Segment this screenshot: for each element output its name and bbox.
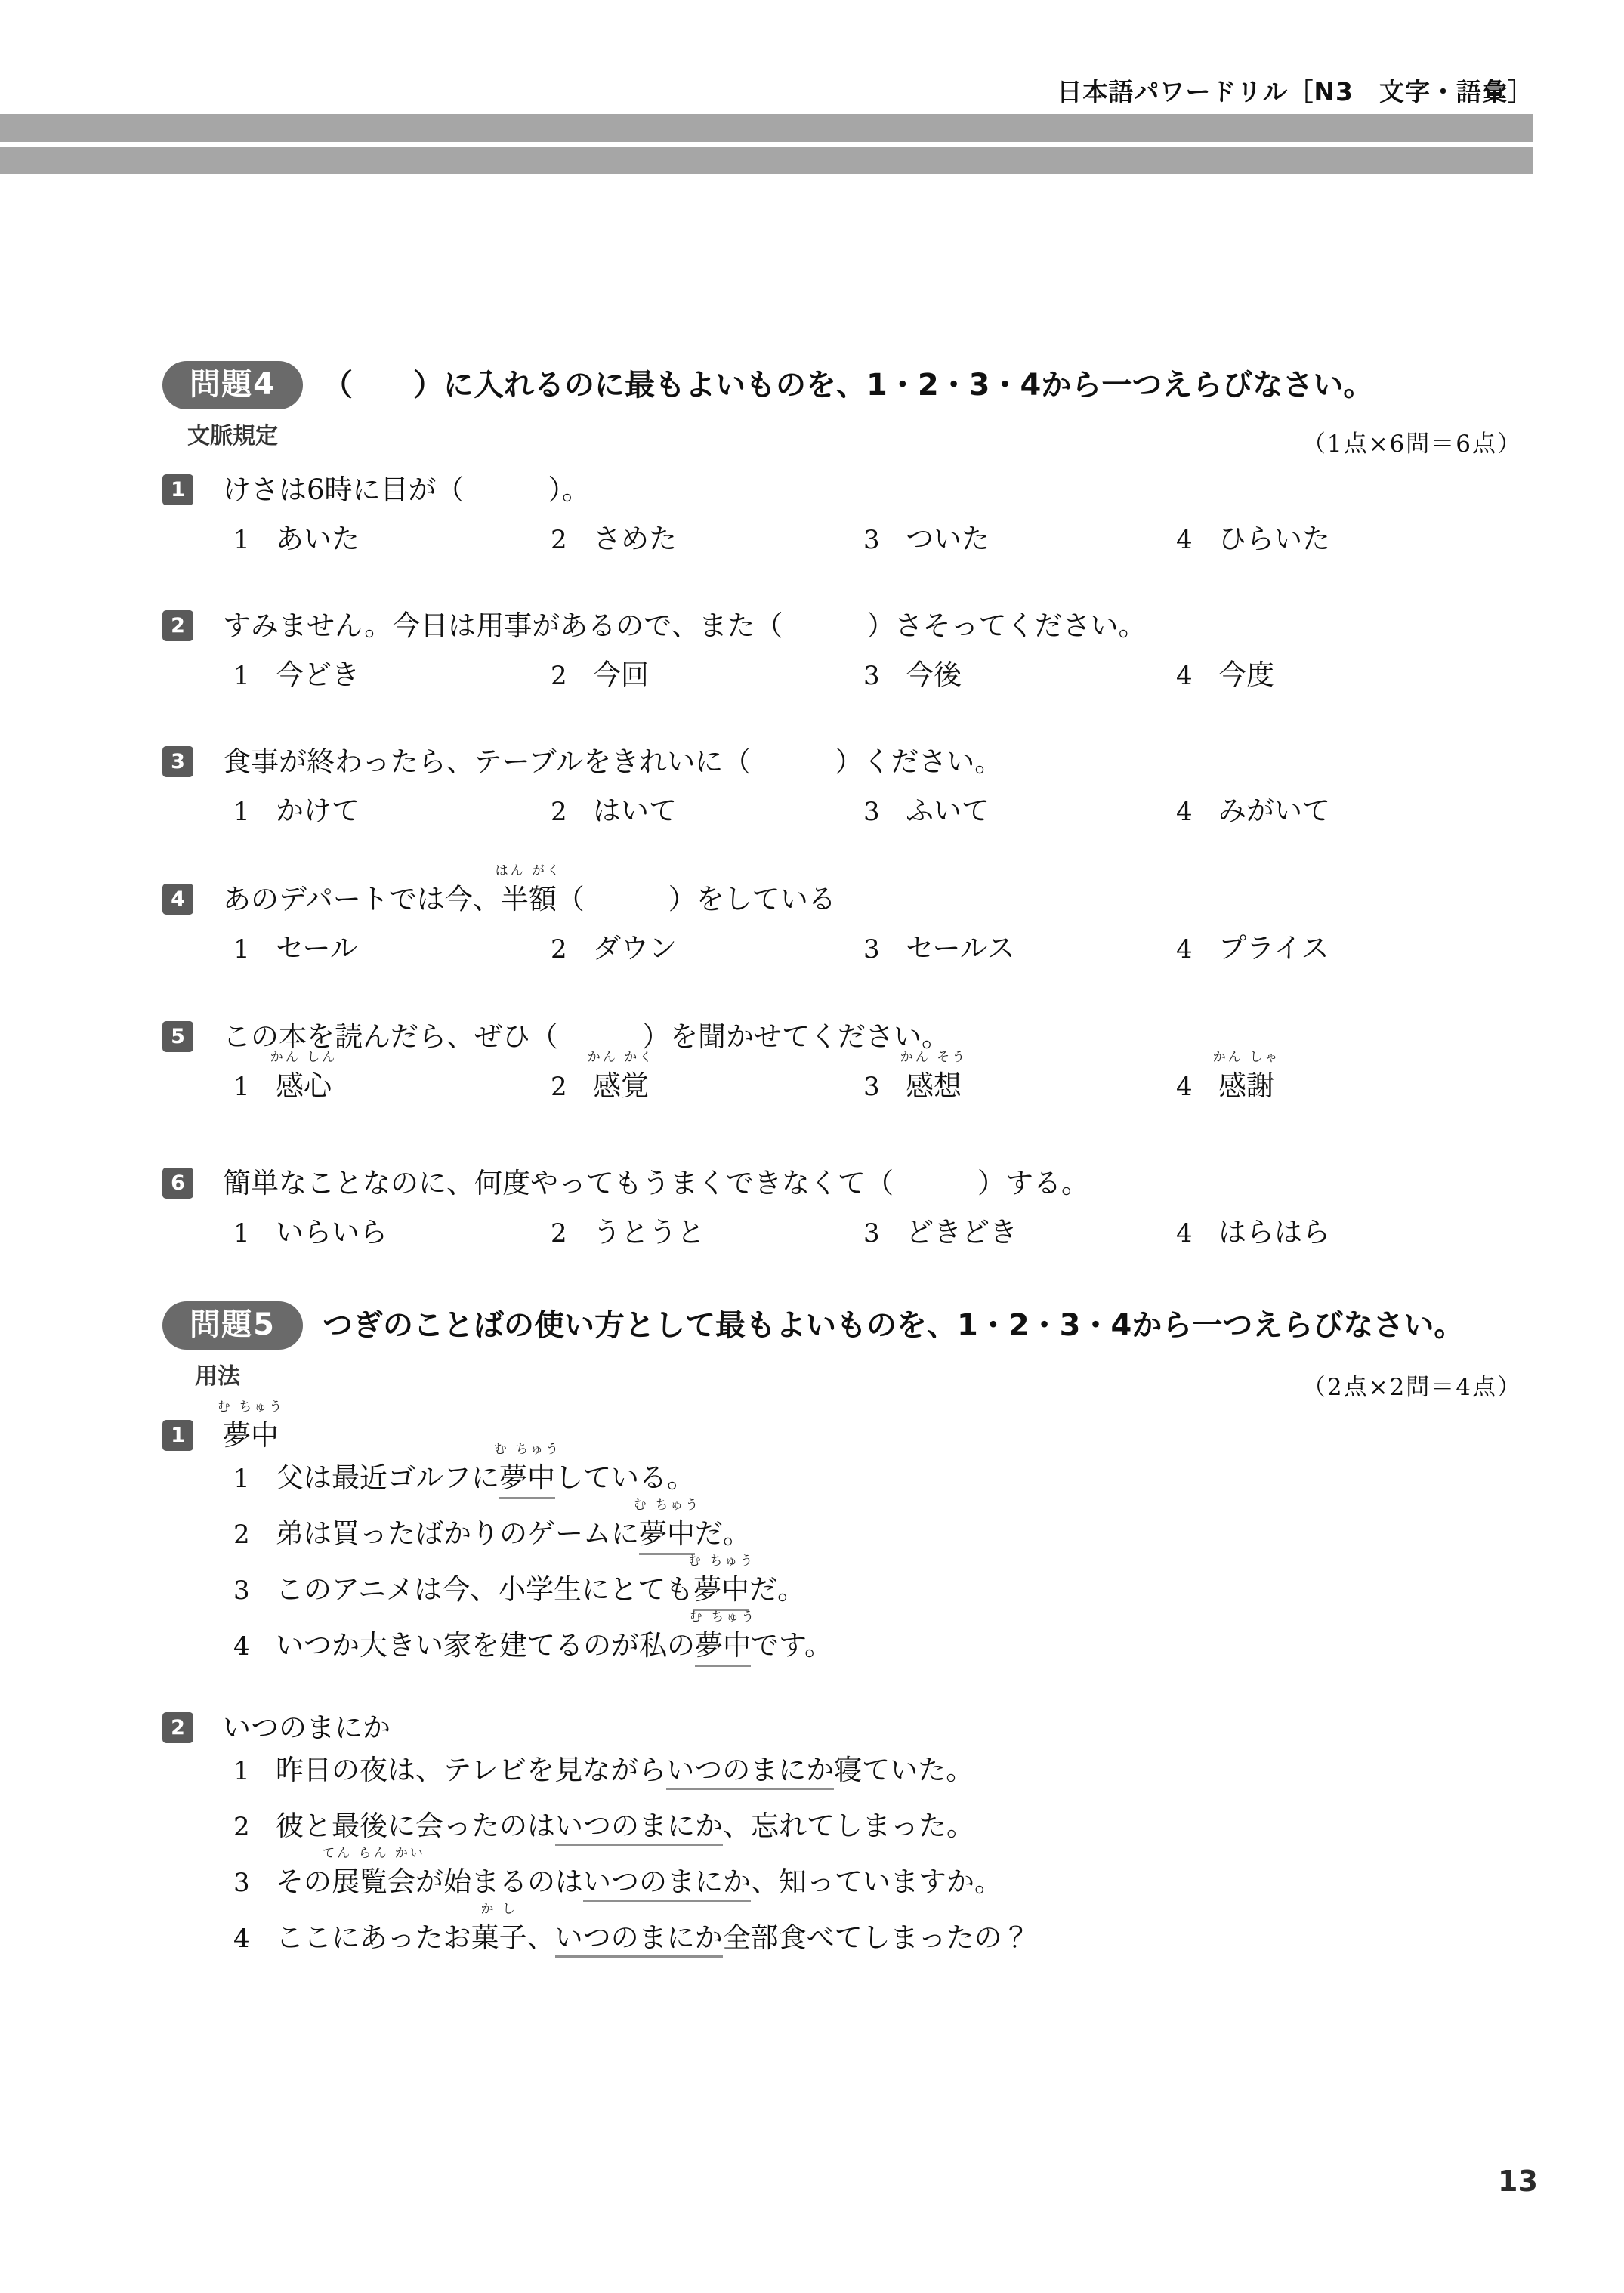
text-segment: 、忘れてしまった。 <box>723 1810 974 1842</box>
text-segment: いらいら <box>276 1216 387 1248</box>
option-label: さめた <box>593 523 677 555</box>
question-stem: あのデパートでは今、半額はん がく（ ）をしている <box>223 882 836 917</box>
furigana: かん かく <box>588 1040 654 1075</box>
underlined-word: いつのまにか <box>583 1866 751 1902</box>
text-segment: はいて <box>593 795 677 827</box>
option-4-4: 4プライス <box>1176 931 1329 967</box>
option-2-3: 3その展覧会てん らん かいが始まるのはいつのまにか、知っていますか。 <box>233 1865 1522 1900</box>
furigana: む ちゅう <box>634 1488 700 1523</box>
furigana: む ちゅう <box>494 1432 560 1467</box>
underlined-word: 夢中む ちゅう <box>695 1628 751 1667</box>
decorative-bar-top <box>0 114 1533 142</box>
text-segment: 今回 <box>593 659 649 691</box>
option-number: 1 <box>233 659 276 693</box>
option-3-4: 4みがいて <box>1176 794 1330 829</box>
option-number: 2 <box>551 523 593 557</box>
option-number: 4 <box>1176 795 1218 829</box>
text-segment: 食事が終わったら、テーブルをきれいに（ ）ください。 <box>223 745 1002 778</box>
option-number: 3 <box>863 523 906 557</box>
option-label: かけて <box>276 795 360 827</box>
text-segment: ついた <box>906 523 990 555</box>
option-3-2: 2はいて <box>551 794 677 829</box>
mondai4-category-label: 文脈規定 <box>187 417 278 450</box>
option-number: 3 <box>863 659 906 693</box>
ruby-word: 菓子か し <box>471 1921 527 1955</box>
text-segment: ひらいた <box>1218 523 1330 555</box>
question-number-box: 1 <box>162 1420 193 1451</box>
option-label: うとうと <box>593 1216 705 1248</box>
option-6-3: 3どきどき <box>863 1215 1017 1251</box>
text-segment: さめた <box>593 523 677 555</box>
option-number: 2 <box>551 795 593 829</box>
option-1-2: 2弟は買ったばかりのゲームに夢中む ちゅうだ。 <box>233 1517 1522 1555</box>
option-number: 3 <box>233 1866 276 1900</box>
furigana: かん しん <box>270 1040 337 1075</box>
option-label: はらはら <box>1218 1216 1330 1248</box>
page-number: 13 <box>1498 2165 1538 2198</box>
mondai5-badge: 問題5 <box>162 1301 303 1350</box>
text-segment: 弟は買ったばかりのゲームに <box>276 1517 639 1550</box>
option-number: 2 <box>551 1069 593 1104</box>
option-label: 今どき <box>276 659 360 691</box>
furigana: か し <box>480 1892 517 1927</box>
option-label: 今度 <box>1218 659 1274 691</box>
mondai5-header: 問題5 つぎのことばの使い方として最もよいものを、1・2・3・4から一つえらびな… <box>162 1301 1522 1350</box>
text-segment: セール <box>276 932 358 964</box>
option-number: 3 <box>233 1573 276 1608</box>
question-stem: 食事が終わったら、テーブルをきれいに（ ）ください。 <box>223 745 1002 779</box>
text-segment: すみません。今日は用事があるので、また（ ）さそってください。 <box>223 610 1146 642</box>
ruby-word: 感心かん しん <box>276 1069 332 1103</box>
option-3-1: 1かけて <box>233 794 360 829</box>
underlined-word: いつのまにか <box>666 1754 834 1790</box>
text-segment: 、 <box>527 1921 555 1954</box>
text-segment: 父は最近ゴルフに <box>276 1461 499 1494</box>
option-3-3: 3ふいて <box>863 794 990 829</box>
option-5-2: 2感覚かん かく <box>551 1069 649 1104</box>
option-label: ふいて <box>906 795 990 827</box>
furigana: かん しゃ <box>1213 1040 1280 1075</box>
option-label: はいて <box>593 795 677 827</box>
option-label: 今回 <box>593 659 649 691</box>
question-number-box: 6 <box>162 1168 193 1199</box>
underlined-word: 夢中む ちゅう <box>639 1517 695 1555</box>
headword: いつのまにか <box>223 1711 391 1745</box>
text-segment: だ。 <box>749 1573 805 1606</box>
option-4-3: 3セールス <box>863 931 1015 967</box>
option-number: 2 <box>233 1517 276 1552</box>
ruby-word: 感覚かん かく <box>593 1069 649 1103</box>
mondai5-points: （2点×2問＝4点） <box>1302 1368 1522 1402</box>
option-number: 3 <box>863 932 906 967</box>
mondai4-badge: 問題4 <box>162 361 303 409</box>
option-number: 4 <box>1176 523 1218 557</box>
option-number: 4 <box>1176 1216 1218 1251</box>
text-segment: このアニメは今、小学生にとても <box>276 1573 693 1606</box>
option-number: 2 <box>551 1216 593 1251</box>
question-number-box: 2 <box>162 610 193 641</box>
workbook-page: 日本語パワードリル［N3 文字・語彙］ 問題4 （ ）に入れるのに最もよいものを… <box>0 0 1624 2293</box>
option-label: プライス <box>1218 932 1329 964</box>
option-number: 4 <box>233 1629 276 1664</box>
option-5-3: 3感想かん そう <box>863 1069 962 1104</box>
text-segment: 今どき <box>276 659 360 691</box>
text-segment: 全部食べてしまったの？ <box>723 1921 1030 1954</box>
text-segment: 寝ていた。 <box>834 1754 974 1786</box>
option-number: 3 <box>863 1216 906 1251</box>
text-segment: みがいて <box>1218 795 1330 827</box>
mondai4-points: （1点×6問＝6点） <box>1302 424 1522 458</box>
underlined-word: 夢中む ちゅう <box>499 1461 555 1499</box>
option-label: 感覚かん かく <box>593 1069 649 1102</box>
option-sentence: 父は最近ゴルフに夢中む ちゅうしている。 <box>276 1461 695 1494</box>
text-segment: です。 <box>751 1629 832 1662</box>
ruby-word: 夢中む ちゅう <box>223 1418 279 1453</box>
option-4-2: 2ダウン <box>551 931 677 967</box>
option-5-4: 4感謝かん しゃ <box>1176 1069 1274 1104</box>
text-segment: 、知っていますか。 <box>751 1866 1002 1898</box>
question-number-box: 5 <box>162 1021 193 1052</box>
option-number: 4 <box>233 1921 276 1956</box>
question-stem: けさは6時に目が（ ）。 <box>223 473 590 508</box>
furigana: む ちゅう <box>690 1600 756 1634</box>
section-mondai5: 問題5 つぎのことばの使い方として最もよいものを、1・2・3・4から一つえらびな… <box>162 1301 1522 1996</box>
text-segment: あのデパートでは今、 <box>223 883 501 915</box>
mondai5-instruction: つぎのことばの使い方として最もよいものを、1・2・3・4から一つえらびなさい。 <box>323 1301 1464 1350</box>
text-segment: けさは6時に目が（ ）。 <box>223 474 590 506</box>
option-label: 今後 <box>906 659 962 691</box>
option-label: あいた <box>276 523 360 555</box>
furigana: てん らん かい <box>322 1836 425 1871</box>
mondai5-category-label: 用法 <box>195 1357 240 1390</box>
text-segment: はらはら <box>1218 1216 1330 1248</box>
ruby-word: 感想かん そう <box>906 1069 962 1103</box>
option-number: 1 <box>233 1461 276 1496</box>
text-segment: かけて <box>276 795 360 827</box>
option-6-4: 4はらはら <box>1176 1215 1330 1251</box>
option-label: セールス <box>906 932 1015 964</box>
option-number: 2 <box>551 659 593 693</box>
question-stem: 簡単なことなのに、何度やってもうまくできなくて（ ）する。 <box>223 1166 1089 1201</box>
question-number-box: 4 <box>162 884 193 915</box>
option-5-1: 1感心かん しん <box>233 1069 332 1104</box>
option-label: 感謝かん しゃ <box>1218 1069 1274 1102</box>
ruby-word: 展覧会てん らん かい <box>332 1865 415 1900</box>
option-1-3: 3ついた <box>863 522 990 557</box>
option-sentence: 昨日の夜は、テレビを見ながらいつのまにか寝ていた。 <box>276 1754 974 1790</box>
headword: 夢中む ちゅう <box>223 1418 279 1453</box>
option-number: 1 <box>233 932 276 967</box>
text-segment: 昨日の夜は、テレビを見ながら <box>276 1754 666 1786</box>
option-label: ついた <box>906 523 990 555</box>
option-label: 感想かん そう <box>906 1069 962 1102</box>
option-2-2: 2彼と最後に会ったのはいつのまにか、忘れてしまった。 <box>233 1809 1522 1844</box>
option-4-1: 1セール <box>233 931 358 967</box>
decorative-bar-bottom <box>0 147 1533 174</box>
section-mondai4: 問題4 （ ）に入れるのに最もよいものを、1・2・3・4から一つえらびなさい。 … <box>162 361 1522 1301</box>
option-6-2: 2うとうと <box>551 1215 705 1251</box>
text-segment: プライス <box>1218 932 1329 964</box>
text-segment: ダウン <box>593 932 677 964</box>
furigana: かん そう <box>900 1040 967 1075</box>
text-segment: ふいて <box>906 795 990 827</box>
option-number: 1 <box>233 1216 276 1251</box>
text-segment: 今度 <box>1218 659 1274 691</box>
option-2-3: 3今後 <box>863 658 962 693</box>
text-segment: （ ）をしている <box>557 883 836 915</box>
option-1-2: 2さめた <box>551 522 677 557</box>
option-number: 4 <box>1176 932 1218 967</box>
option-1-4: 4ひらいた <box>1176 522 1330 557</box>
option-sentence: その展覧会てん らん かいが始まるのはいつのまにか、知っていますか。 <box>276 1866 1002 1898</box>
option-number: 1 <box>233 795 276 829</box>
text-segment: ここにあったお <box>276 1921 471 1954</box>
option-number: 2 <box>233 1810 276 1844</box>
option-sentence: 弟は買ったばかりのゲームに夢中む ちゅうだ。 <box>276 1517 751 1550</box>
mondai4-instruction: （ ）に入れるのに最もよいものを、1・2・3・4から一つえらびなさい。 <box>323 361 1373 409</box>
option-number: 1 <box>233 1754 276 1788</box>
option-2-1: 1今どき <box>233 658 360 693</box>
option-number: 1 <box>233 523 276 557</box>
option-sentence: いつか大きい家を建てるのが私の夢中む ちゅうです。 <box>276 1629 832 1662</box>
mondai4-header: 問題4 （ ）に入れるのに最もよいものを、1・2・3・4から一つえらびなさい。 <box>162 361 1522 409</box>
option-2-4: 4ここにあったお菓子か し、いつのまにか全部食べてしまったの？ <box>233 1921 1522 1956</box>
text-segment: うとうと <box>593 1216 705 1248</box>
text-segment: セールス <box>906 932 1015 964</box>
question-number-box: 1 <box>162 474 193 505</box>
option-1-4: 4いつか大きい家を建てるのが私の夢中む ちゅうです。 <box>233 1628 1522 1667</box>
option-number: 2 <box>551 932 593 967</box>
book-title: 日本語パワードリル［N3 文字・語彙］ <box>1057 73 1533 108</box>
text-segment: いつか大きい家を建てるのが私の <box>276 1629 695 1662</box>
option-2-1: 1昨日の夜は、テレビを見ながらいつのまにか寝ていた。 <box>233 1753 1522 1788</box>
ruby-word: 半額はん がく <box>501 882 557 917</box>
option-number: 4 <box>1176 659 1218 693</box>
option-label: ダウン <box>593 932 677 964</box>
option-sentence: ここにあったお菓子か し、いつのまにか全部食べてしまったの？ <box>276 1921 1030 1954</box>
option-2-4: 4今度 <box>1176 658 1274 693</box>
furigana: む ちゅう <box>688 1544 755 1579</box>
text-segment: 今後 <box>906 659 962 691</box>
option-label: みがいて <box>1218 795 1330 827</box>
text-segment: いつのまにか <box>223 1711 391 1744</box>
option-1-1: 1あいた <box>233 522 360 557</box>
question-number-box: 2 <box>162 1712 193 1743</box>
option-2-2: 2今回 <box>551 658 649 693</box>
ruby-word: 感謝かん しゃ <box>1218 1069 1274 1103</box>
option-label: どきどき <box>906 1216 1017 1248</box>
question-stem: すみません。今日は用事があるので、また（ ）さそってください。 <box>223 609 1146 643</box>
option-number: 4 <box>1176 1069 1218 1104</box>
text-segment: どきどき <box>906 1216 1017 1248</box>
option-1-3: 3このアニメは今、小学生にとても夢中む ちゅうだ。 <box>233 1572 1522 1611</box>
furigana: はん がく <box>496 853 562 888</box>
underlined-word: いつのまにか <box>555 1921 723 1958</box>
question-number-box: 3 <box>162 746 193 777</box>
text-segment: 簡単なことなのに、何度やってもうまくできなくて（ ）する。 <box>223 1167 1089 1199</box>
underlined-word: いつのまにか <box>555 1810 723 1846</box>
option-6-1: 1いらいら <box>233 1215 387 1251</box>
option-label: ひらいた <box>1218 523 1330 555</box>
option-label: 感心かん しん <box>276 1069 332 1102</box>
option-number: 3 <box>863 795 906 829</box>
option-label: セール <box>276 932 358 964</box>
option-label: いらいら <box>276 1216 387 1248</box>
option-number: 1 <box>233 1069 276 1104</box>
option-1-1: 1父は最近ゴルフに夢中む ちゅうしている。 <box>233 1461 1522 1499</box>
furigana: む ちゅう <box>218 1390 284 1424</box>
option-number: 3 <box>863 1069 906 1104</box>
text-segment: あいた <box>276 523 360 555</box>
